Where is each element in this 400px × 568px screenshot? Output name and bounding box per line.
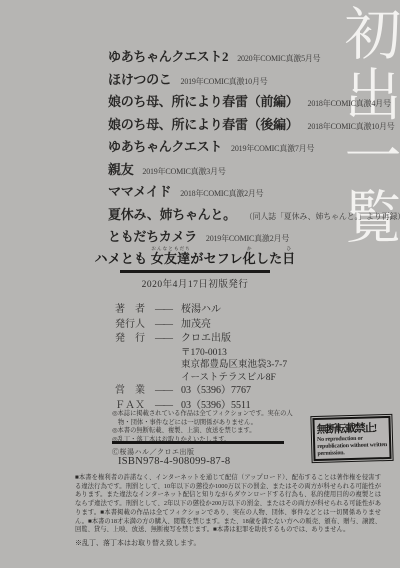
colophon-page: 初出一覧 ゆあちゃんクエスト2 2020年COMIC真激5月号 ほけつのこ 20…: [0, 0, 400, 568]
credit-separator: ――: [155, 384, 181, 399]
book-title: ハメとも 女友達おんなともだちがセフレ化かした日ひ: [75, 246, 315, 267]
publication-info: 2018年COMIC真激4月号: [308, 98, 391, 109]
defective-copy-note: ※乱丁、落丁本はお取り替え致します。: [75, 538, 200, 548]
work-title: 夏休み、姉ちゃんと。: [108, 204, 236, 223]
isbn-number: ISBN978-4-908099-87-8: [118, 456, 230, 467]
list-item: ほけつのこ 2019年COMIC真激10月号: [108, 69, 358, 92]
credit-value: 桜湯ハル: [181, 303, 221, 318]
no-reproduction-stamp: 無断転載禁止! No reproduction or republication…: [312, 416, 391, 462]
publisher-credits: 著 者 ―― 桜湯ハル 発行人 ―― 加茂亮 発 行 ―― クロエ出版 〒170…: [115, 303, 287, 413]
address-line: イーストテラスビル8F: [181, 372, 287, 385]
list-item: ゆあちゃんクエスト 2019年COMIC真激7月号: [108, 136, 358, 159]
credit-label: 発 行: [115, 332, 155, 347]
credit-label: 営 業: [115, 384, 155, 399]
credit-separator: ――: [155, 318, 181, 333]
postal-code: 〒170-0013: [181, 347, 287, 360]
book-title-furigana: ひ: [282, 246, 295, 251]
work-title: ゆあちゃんクエスト: [108, 136, 222, 155]
work-title: ともだちカメラ: [108, 226, 197, 245]
credit-author: 著 者 ―― 桜湯ハル: [115, 303, 287, 318]
contact-sales: 営 業 ―― 03（5396）7767: [115, 384, 287, 399]
work-title: ママメイド: [108, 181, 171, 200]
book-title-part: 日: [282, 251, 295, 266]
list-item: ゆあちゃんクエスト2 2020年COMIC真激5月号: [108, 46, 358, 69]
credit-publisher-person: 発行人 ―― 加茂亮: [115, 318, 287, 333]
publication-info: 2019年COMIC真激2月号: [206, 233, 289, 244]
publication-info: 2019年COMIC真激3月号: [142, 166, 225, 177]
credit-label: 著 者: [115, 303, 155, 318]
book-title-furigana: か: [243, 246, 256, 251]
legal-disclaimer: ■本書を権利者の許諾なく、インターネットを通じて配信（アップロード）、配布するこ…: [75, 474, 381, 535]
list-item: 娘のち母、所により春雷（後編） 2018年COMIC真激10月号: [108, 114, 358, 137]
publication-info: （同人誌「夏休み、姉ちゃんと。」より再録）: [245, 211, 400, 222]
note-no-reprint: ◎本書の無断転載、複製、上演、放送を禁じます。: [112, 427, 300, 436]
publication-info: 2019年COMIC真激10月号: [181, 76, 268, 87]
credit-separator: ――: [155, 303, 181, 318]
list-item: 親友 2019年COMIC真激3月号: [108, 159, 358, 182]
title-divider: [120, 270, 270, 273]
credit-publisher: 発 行 ―― クロエ出版: [115, 332, 287, 347]
publication-info: 2019年COMIC真激7月号: [231, 143, 314, 154]
publication-info: 2018年COMIC真激2月号: [180, 188, 263, 199]
credit-value: 加茂亮: [181, 318, 211, 333]
work-title: 親友: [108, 159, 133, 178]
list-item: 娘のち母、所により春雷（前編） 2018年COMIC真激4月号: [108, 91, 358, 114]
book-title-part: した: [256, 251, 282, 266]
credit-separator: ――: [155, 332, 181, 347]
edition-date: 2020年4月17日初版発行: [75, 276, 315, 290]
stamp-english-text: No reproduction or republication without…: [317, 435, 388, 457]
book-title-furigana: おんなともだち: [151, 246, 191, 251]
credit-value: クロエ出版: [181, 332, 231, 347]
book-title-part: 化: [243, 251, 256, 266]
note-fiction: ◎本誌に掲載されている作品は全てフィクションです。実在の人物・団体・事件などには…: [112, 410, 300, 427]
credit-label: 発行人: [115, 318, 155, 333]
list-item: ママメイド 2018年COMIC真激2月号: [108, 181, 358, 204]
list-item: 夏休み、姉ちゃんと。 （同人誌「夏休み、姉ちゃんと。」より再録）: [108, 204, 358, 227]
publication-info: 2020年COMIC真激5月号: [237, 53, 320, 64]
colophon-notes: ◎本誌に掲載されている作品は全てフィクションです。実在の人物・団体・事件などには…: [112, 410, 300, 444]
colophon-title-block: ハメとも 女友達おんなともだちがセフレ化かした日ひ 2020年4月17日初版発行: [75, 246, 315, 290]
work-title: 娘のち母、所により春雷（後編）: [108, 114, 299, 133]
address-line: 東京都豊島区東池袋3-7-7: [181, 359, 287, 372]
work-title: 娘のち母、所により春雷（前編）: [108, 91, 299, 110]
work-title: ほけつのこ: [108, 69, 172, 88]
book-title-part: ハメとも: [95, 251, 151, 266]
phone-number: 03（5396）7767: [181, 384, 251, 399]
stamp-japanese-text: 無断転載禁止!: [316, 419, 386, 437]
first-publication-list: ゆあちゃんクエスト2 2020年COMIC真激5月号 ほけつのこ 2019年CO…: [108, 46, 358, 249]
publication-info: 2018年COMIC真激10月号: [308, 121, 395, 132]
book-title-part: 女友達: [151, 251, 191, 266]
book-title-part: がセフレ: [190, 251, 242, 266]
work-title: ゆあちゃんクエスト2: [108, 46, 228, 65]
publisher-address: 〒170-0013 東京都豊島区東池袋3-7-7 イーストテラスビル8F: [181, 347, 287, 385]
colophon-divider: [112, 441, 284, 444]
